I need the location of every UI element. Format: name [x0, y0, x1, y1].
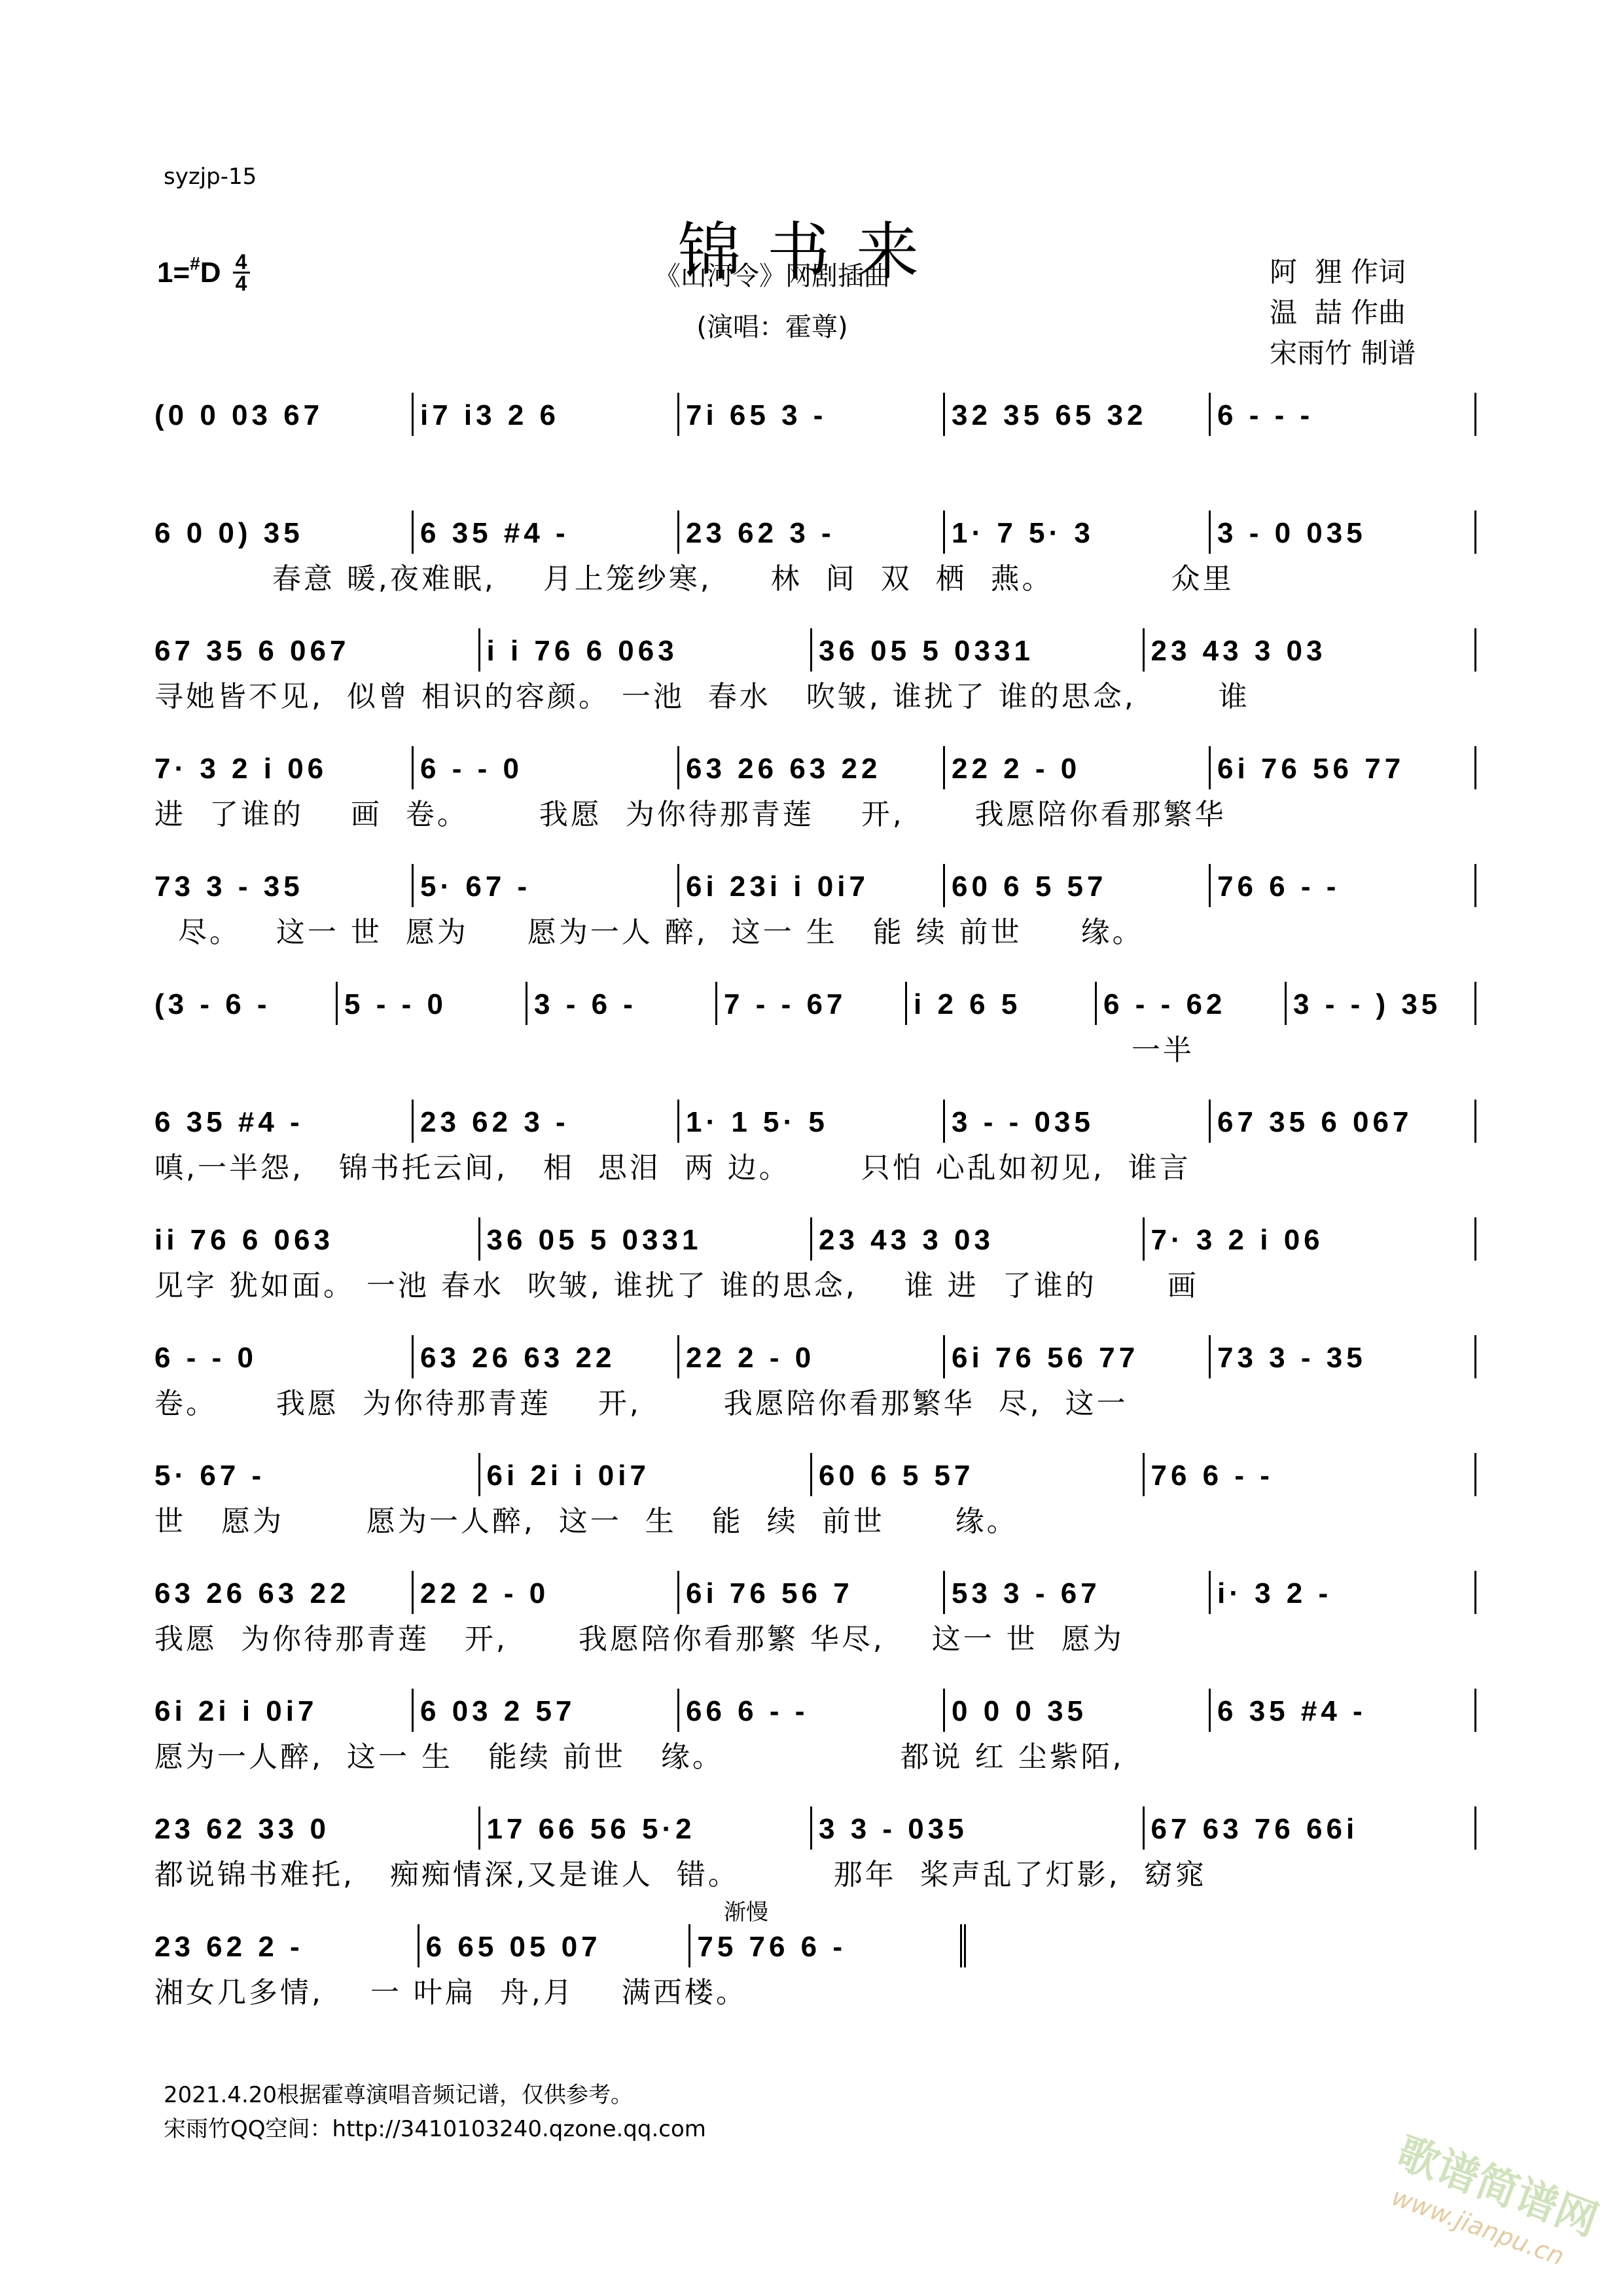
lyric-line: 我愿 为你待那青莲 开, 我愿陪你看那繁 华尽, 这一 世 愿为	[154, 1617, 1476, 1662]
measure: 6 03 2 57	[412, 1689, 677, 1732]
measure: 0 0 0 35	[943, 1689, 1209, 1732]
measure: 76 6 - -	[1143, 1453, 1477, 1496]
measure: 6 - - 62	[1095, 982, 1285, 1025]
notation-line: 6 - - 063 26 63 2222 2 - 06i 76 56 7773 …	[154, 1335, 1476, 1381]
measure: 23 62 2 -	[154, 1924, 418, 1967]
measure: 3 - 0 035	[1209, 511, 1476, 554]
measure: ii 76 6 063	[154, 1217, 478, 1261]
lyric-line: 都说锦书难托, 痴痴情深,又是谁人 错。 那年 桨声乱了灯影, 窈窕	[154, 1852, 1476, 1898]
score-system: (0 0 03 67i7 i3 2 67i 65 3 -32 35 65 326…	[154, 393, 1476, 511]
measure: 67 35 6 067	[154, 628, 478, 672]
lyric-line: 寻她皆不见, 似曾 相识的容颜。 一池 春水 吹皱, 谁扰了 谁的思念, 谁	[154, 674, 1476, 720]
measure: 23 43 3 03	[810, 1217, 1143, 1261]
lyric-line: 尽。 这一 世 愿为 愿为一人 醉, 这一 生 能 续 前世 缘。	[154, 910, 1476, 956]
tempo-marking: 渐慢	[724, 1894, 768, 1926]
measure: i i 76 6 063	[478, 628, 811, 672]
measure: 53 3 - 67	[943, 1571, 1209, 1614]
measure: 5· 67 -	[412, 864, 677, 907]
lyric-line: 世 愿为 愿为一人醉, 这一 生 能 续 前世 缘。	[154, 1499, 1476, 1545]
notation-line: 6i 2i i 0i76 03 2 5766 6 - -0 0 0 356 35…	[154, 1689, 1476, 1734]
footer: 2021.4.20根据霍尊演唱音频记谱，仅供参考。 宋雨竹QQ空间：http:/…	[164, 2078, 706, 2146]
footer-contact: 宋雨竹QQ空间：http://3410103240.qzone.qq.com	[164, 2112, 706, 2146]
measure: 22 2 - 0	[677, 1335, 943, 1378]
score-system: 67 35 6 067i i 76 6 06336 05 5 033123 43…	[154, 628, 1476, 746]
measure: 1· 1 5· 5	[677, 1100, 943, 1143]
measure: 6 - - -	[1209, 393, 1476, 436]
measure: 6i 76 56 77	[943, 1335, 1209, 1378]
measure: 23 43 3 03	[1143, 628, 1477, 672]
measure: 32 35 65 32	[943, 393, 1209, 436]
measure: 6 35 #4 -	[412, 511, 677, 554]
measure: i· 3 2 -	[1209, 1571, 1476, 1614]
measure: 6 65 05 07	[418, 1924, 689, 1967]
score-system: (3 - 6 -5 - - 03 - 6 -7 - - 67i 2 6 56 -…	[154, 982, 1476, 1100]
measure: 6 35 #4 -	[1209, 1689, 1476, 1732]
measure: (3 - 6 -	[154, 982, 336, 1025]
measure: 6 - - 0	[154, 1335, 412, 1378]
notation-line: ii 76 6 06336 05 5 033123 43 3 037· 3 2 …	[154, 1217, 1476, 1263]
score-system: 6 0 0) 356 35 #4 -23 62 3 -1· 7 5· 33 - …	[154, 511, 1476, 628]
measure: 23 62 3 -	[677, 511, 943, 554]
notation-line: 73 3 - 355· 67 -6i 23i i 0i760 6 5 5776 …	[154, 864, 1476, 910]
measure: i 2 6 5	[905, 982, 1095, 1025]
lyric-line: 春意 暖,夜难眠, 月上笼纱寒, 林 间 双 栖 燕。 众里	[154, 556, 1476, 602]
score-system: 6i 2i i 0i76 03 2 5766 6 - -0 0 0 356 35…	[154, 1689, 1476, 1806]
measure: 73 3 - 35	[154, 864, 412, 907]
lyric-line: 嗔,一半怨, 锦书托云间, 相 思泪 两 边。 只怕 心乱如初见, 谁言	[154, 1145, 1476, 1191]
score-system: 63 26 63 2222 2 - 06i 76 56 753 3 - 67i·…	[154, 1571, 1476, 1689]
lyricist-credit: 阿 狸 作词	[1270, 252, 1416, 293]
measure: 23 62 3 -	[412, 1100, 677, 1143]
measure: 6i 76 56 77	[1209, 746, 1476, 789]
composer-credit: 温 喆 作曲	[1270, 293, 1416, 333]
score-system: 6 - - 063 26 63 2222 2 - 06i 76 56 7773 …	[154, 1335, 1476, 1453]
measure: 17 66 56 5·2	[478, 1806, 811, 1850]
measure: 60 6 5 57	[943, 864, 1209, 907]
measure: 22 2 - 0	[412, 1571, 677, 1614]
measure: 1· 7 5· 3	[943, 511, 1209, 554]
notation-line: (3 - 6 -5 - - 03 - 6 -7 - - 67i 2 6 56 -…	[154, 982, 1476, 1028]
measure: 6 0 0) 35	[154, 511, 412, 554]
transcriber-credit: 宋雨竹 制谱	[1270, 333, 1416, 374]
notation-line: 23 62 33 017 66 56 5·23 3 - 03567 63 76 …	[154, 1806, 1476, 1852]
score-system: 渐慢23 62 2 -6 65 05 0775 76 6 -湘女几多情, 一 叶…	[154, 1924, 1476, 2042]
measure: 3 - - ) 35	[1285, 982, 1476, 1025]
document-id: syzjp-15	[164, 164, 257, 190]
notation-line: 67 35 6 067i i 76 6 06336 05 5 033123 43…	[154, 628, 1476, 674]
score-system: 5· 67 -6i 2i i 0i760 6 5 5776 6 - -世 愿为 …	[154, 1453, 1476, 1571]
lyric-line: 卷。 我愿 为你待那青莲 开, 我愿陪你看那繁华 尽, 这一	[154, 1381, 1476, 1427]
measure: 73 3 - 35	[1209, 1335, 1476, 1378]
lyric-line: 进 了谁的 画 卷。 我愿 为你待那青莲 开, 我愿陪你看那繁华	[154, 792, 1476, 838]
measure: 36 05 5 0331	[810, 628, 1143, 672]
measure: 60 6 5 57	[810, 1453, 1143, 1496]
measure: 3 - - 035	[943, 1100, 1209, 1143]
measure: 7· 3 2 i 06	[1143, 1217, 1477, 1261]
measure: 63 26 63 22	[154, 1571, 412, 1614]
measure: 23 62 33 0	[154, 1806, 478, 1850]
measure: 63 26 63 22	[412, 1335, 677, 1378]
measure: 5 - - 0	[336, 982, 526, 1025]
lyric-line	[154, 439, 1476, 484]
measure: 6i 76 56 7	[677, 1571, 943, 1614]
measure: 6i 2i i 0i7	[154, 1689, 412, 1732]
score-system: 23 62 33 017 66 56 5·23 3 - 03567 63 76 …	[154, 1806, 1476, 1924]
notation-line: 63 26 63 2222 2 - 06i 76 56 753 3 - 67i·…	[154, 1571, 1476, 1617]
measure: 5· 67 -	[154, 1453, 478, 1496]
measure: 7· 3 2 i 06	[154, 746, 412, 789]
measure: 3 3 - 035	[810, 1806, 1143, 1850]
notation-line: 6 0 0) 356 35 #4 -23 62 3 -1· 7 5· 33 - …	[154, 511, 1476, 556]
measure: 67 63 76 66i	[1143, 1806, 1477, 1850]
score-system: 6 35 #4 -23 62 3 -1· 1 5· 53 - - 03567 3…	[154, 1100, 1476, 1217]
measure: 66 6 - -	[677, 1689, 943, 1732]
measure: (0 0 03 67	[154, 393, 412, 436]
lyric-line: 一半	[154, 1028, 1476, 1073]
measure: 76 6 - -	[1209, 864, 1476, 907]
measure: 3 - 6 -	[526, 982, 715, 1025]
footer-note: 2021.4.20根据霍尊演唱音频记谱，仅供参考。	[164, 2078, 706, 2112]
lyric-line: 湘女几多情, 一 叶扁 舟,月 满西楼。	[154, 1970, 1476, 2016]
score-system: ii 76 6 06336 05 5 033123 43 3 037· 3 2 …	[154, 1217, 1476, 1335]
measure: 7i 65 3 -	[677, 393, 943, 436]
notation-line: (0 0 03 67i7 i3 2 67i 65 3 -32 35 65 326…	[154, 393, 1476, 439]
measure: 22 2 - 0	[943, 746, 1209, 789]
notation-line: 23 62 2 -6 65 05 0775 76 6 -	[154, 1924, 966, 1970]
measure: 6i 2i i 0i7	[478, 1453, 811, 1496]
score-system: 7· 3 2 i 066 - - 063 26 63 2222 2 - 06i …	[154, 746, 1476, 864]
lyric-line: 愿为一人醉, 这一 生 能续 前世 缘。 都说 红 尘紫陌,	[154, 1734, 1476, 1780]
score-system: 73 3 - 355· 67 -6i 23i i 0i760 6 5 5776 …	[154, 864, 1476, 982]
measure: 75 76 6 -	[688, 1924, 966, 1967]
lyric-line: 见字 犹如面。 一池 春水 吹皱, 谁扰了 谁的思念, 谁 进 了谁的 画	[154, 1263, 1476, 1309]
measure: 6 35 #4 -	[154, 1100, 412, 1143]
measure: 7 - - 67	[715, 982, 905, 1025]
notation-line: 5· 67 -6i 2i i 0i760 6 5 5776 6 - -	[154, 1453, 1476, 1499]
measure: 36 05 5 0331	[478, 1217, 811, 1261]
measure: 6i 23i i 0i7	[677, 864, 943, 907]
score: (0 0 03 67i7 i3 2 67i 65 3 -32 35 65 326…	[154, 393, 1476, 2042]
notation-line: 6 35 #4 -23 62 3 -1· 1 5· 53 - - 03567 3…	[154, 1100, 1476, 1145]
measure: 63 26 63 22	[677, 746, 943, 789]
measure: i7 i3 2 6	[412, 393, 677, 436]
credits: 阿 狸 作词 温 喆 作曲 宋雨竹 制谱	[1270, 252, 1416, 374]
notation-line: 7· 3 2 i 066 - - 063 26 63 2222 2 - 06i …	[154, 746, 1476, 792]
measure: 67 35 6 067	[1209, 1100, 1476, 1143]
measure: 6 - - 0	[412, 746, 677, 789]
